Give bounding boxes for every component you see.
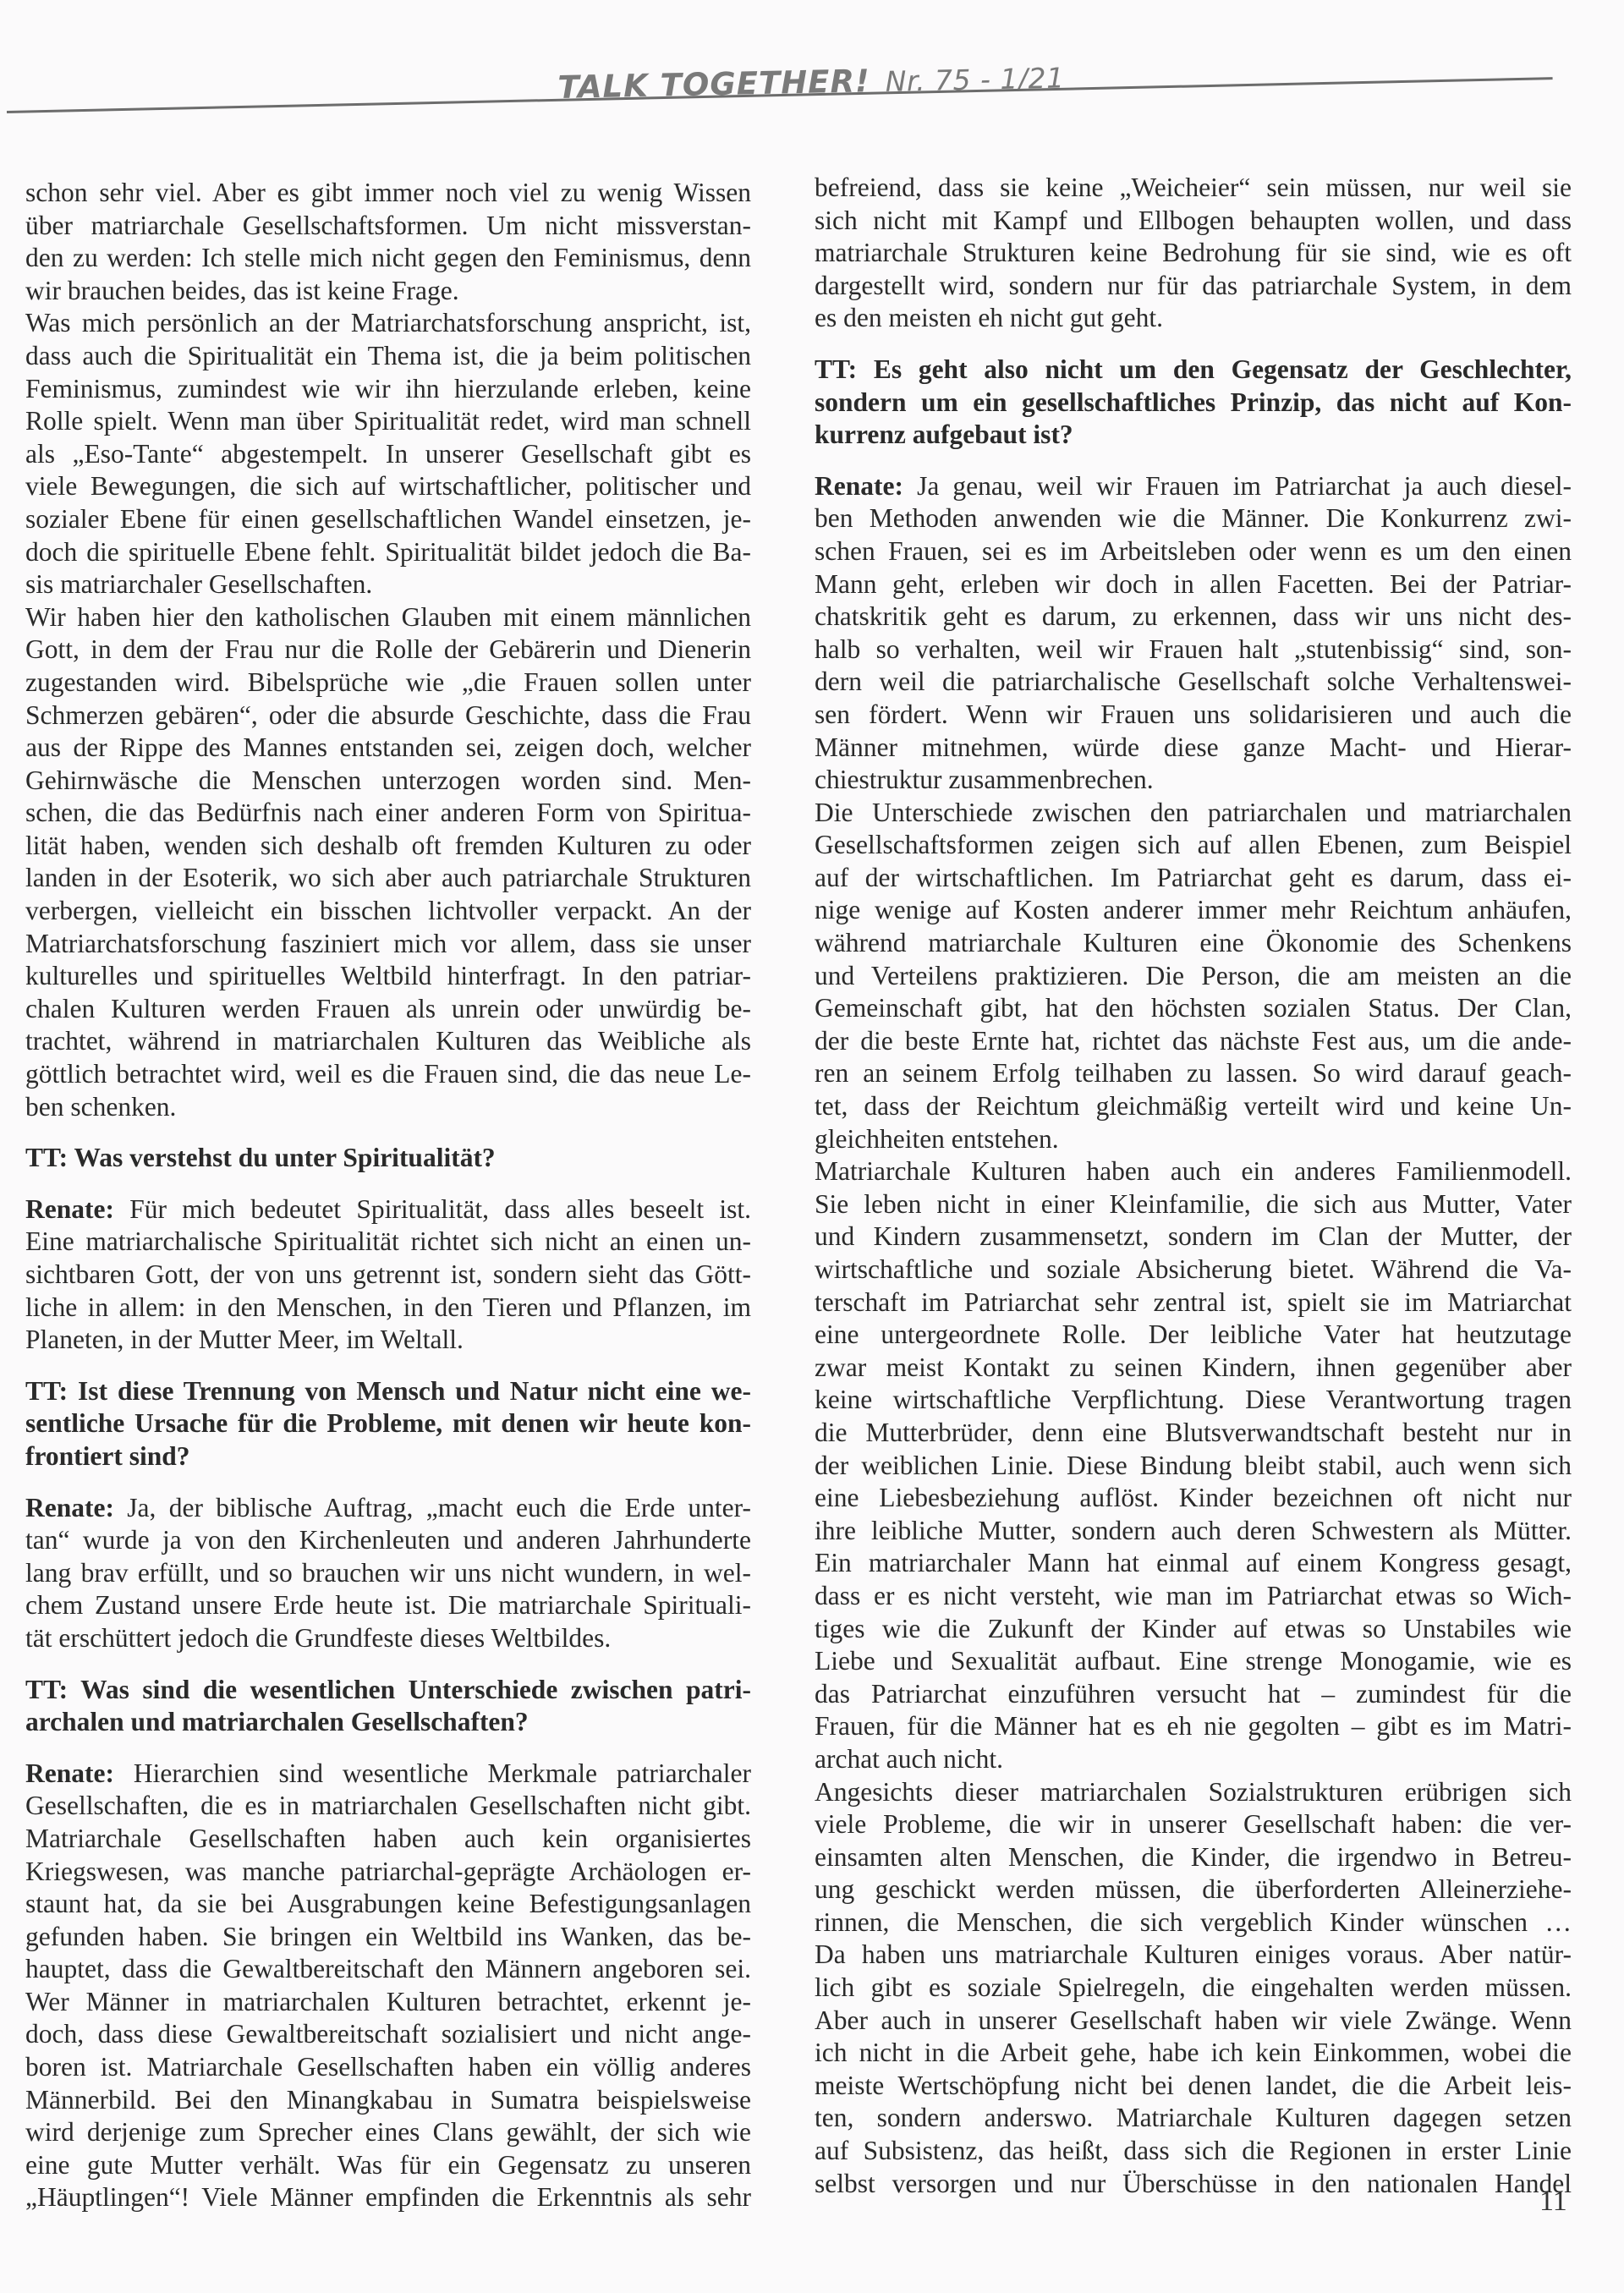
- text-line: matriarchale Strukturen keine Bedrohung …: [815, 237, 1572, 270]
- text-line: keine wirtschaftliche Verpflichtung. Die…: [815, 1384, 1572, 1417]
- text-line: dern weil die patriarchalische Gesellsch…: [815, 666, 1572, 699]
- text-line: Wir haben hier den katholischen Glauben …: [25, 601, 751, 634]
- text-line: Männer mitnehmen, würde diese ganze Mach…: [815, 732, 1572, 765]
- left-column: schon sehr viel. Aber es gibt immer noch…: [25, 177, 751, 2214]
- text-line: ung geschickt werden müssen, die überfor…: [815, 1873, 1572, 1906]
- text-line: auf der wirtschaftlichen. Im Patriarchat…: [815, 862, 1572, 895]
- text-line: chatskritik geht es darum, zu erkennen, …: [815, 601, 1572, 634]
- interview-question: TT: Was verstehst du unter Spiritualität…: [25, 1142, 751, 1175]
- text-line: Schmerzen gebären“, oder die absurde Ges…: [25, 699, 751, 732]
- text-line: sichtbaren Gott, der von uns getrennt is…: [25, 1259, 751, 1292]
- paragraph-gap: [25, 1655, 751, 1674]
- text-line: ich nicht in die Arbeit gehe, habe ich k…: [815, 2037, 1572, 2070]
- text-line: sis matriarchaler Gesellschaften.: [25, 568, 751, 601]
- text-line: Angesichts dieser matriarchalen Sozialst…: [815, 1776, 1572, 1809]
- text-line: kulturelles und spirituelles Weltbild hi…: [25, 960, 751, 993]
- text-line: Aber auch in unserer Gesellschaft haben …: [815, 2005, 1572, 2038]
- interview-answer: Renate: Für mich bedeutet Spiritualität,…: [25, 1193, 751, 1357]
- text-line: eine gute Mutter verhält. Was für ein Ge…: [25, 2149, 751, 2182]
- text-line: über matriarchale Gesellschaftsformen. U…: [25, 210, 751, 243]
- text-line: sen fördert. Wenn wir Frauen uns solidar…: [815, 699, 1572, 732]
- text-line: die Mutterbrüder, denn eine Blutsverwand…: [815, 1417, 1572, 1450]
- text-line: zugestanden wird. Bibelsprüche wie „die …: [25, 667, 751, 699]
- text-line: chem Zustand unsere Erde heute ist. Die …: [25, 1589, 751, 1622]
- text-line: Gemeinschaft gibt, hat den höchsten sozi…: [815, 992, 1572, 1025]
- text-line: terschaft im Patriarchat sehr zentral is…: [815, 1286, 1572, 1319]
- text-line: tet, dass der Reichtum gleichmäßig verte…: [815, 1090, 1572, 1123]
- speaker-label: Renate:: [25, 1194, 129, 1224]
- right-column: befreiend, dass sie keine „Weicheier“ se…: [815, 172, 1572, 2200]
- text-line: TT: Ist diese Trennung von Mensch und Na…: [25, 1375, 751, 1408]
- text-line: schon sehr viel. Aber es gibt immer noch…: [25, 177, 751, 210]
- text-line: chalen Kulturen werden Frauen als unrein…: [25, 993, 751, 1026]
- text-line: Renate: Für mich bedeutet Spiritualität,…: [25, 1193, 751, 1226]
- text-line: Planeten, in der Mutter Meer, im Weltall…: [25, 1324, 751, 1357]
- text-line: tiges wie die Zukunft der Kinder auf etw…: [815, 1613, 1572, 1646]
- text-line: Kriegswesen, was manche patriarchal-gepr…: [25, 1856, 751, 1889]
- text-line: lich gibt es soziale Spielregeln, die ei…: [815, 1972, 1572, 2005]
- body-paragraph: Angesichts dieser matriarchalen Sozialst…: [815, 1776, 1572, 2201]
- body-paragraph: Die Unterschiede zwischen den patriarcha…: [815, 797, 1572, 1156]
- interview-answer: Renate: Ja genau, weil wir Frauen im Pat…: [815, 470, 1572, 797]
- interview-question: TT: Es geht also nicht um den Gegensatz …: [815, 354, 1572, 452]
- text-line: viele Bewegungen, die sich auf wirtschaf…: [25, 470, 751, 503]
- text-line: sentliche Ursache für die Probleme, mit …: [25, 1407, 751, 1440]
- text-line: ihre leibliche Mutter, sondern auch dere…: [815, 1515, 1572, 1548]
- text-line: ben schenken.: [25, 1091, 751, 1124]
- text-line: eine untergeordnete Rolle. Der leibliche…: [815, 1319, 1572, 1352]
- text-line: göttlich betrachtet wird, weil es die Fr…: [25, 1058, 751, 1091]
- text-line: „Häuptlingen“! Viele Männer empfinden di…: [25, 2181, 751, 2214]
- speaker-label: Renate:: [25, 1758, 134, 1788]
- text-line: hauptet, dass die Gewaltbereitschaft den…: [25, 1953, 751, 1986]
- text-line: dass er es nicht versteht, wie man im Pa…: [815, 1580, 1572, 1613]
- text-line: Renate: Ja genau, weil wir Frauen im Pat…: [815, 470, 1572, 503]
- text-line: schen Frauen, sei es im Arbeitsleben ode…: [815, 535, 1572, 568]
- text-line: und Verteilens praktizieren. Die Person,…: [815, 960, 1572, 993]
- text-line: Liebe und Sexualität aufbaut. Eine stren…: [815, 1645, 1572, 1678]
- text-line: landen in der Esoterik, wo sich aber auc…: [25, 862, 751, 895]
- text-line: gefunden haben. Sie bringen ein Weltbild…: [25, 1921, 751, 1954]
- text-line: es den meisten eh nicht gut geht.: [815, 302, 1572, 335]
- text-line: Matriarchale Gesellschaften haben auch k…: [25, 1823, 751, 1856]
- body-paragraph: schon sehr viel. Aber es gibt immer noch…: [25, 177, 751, 307]
- text-line: ren an seinem Erfolg teilhaben zu lassen…: [815, 1057, 1572, 1090]
- text-line: Die Unterschiede zwischen den patriarcha…: [815, 797, 1572, 830]
- text-line: ten, sondern anderswo. Matriarchale Kult…: [815, 2102, 1572, 2135]
- text-line: TT: Was verstehst du unter Spiritualität…: [25, 1142, 751, 1175]
- text-line: doch, dass diese Gewaltbereitschaft sozi…: [25, 2018, 751, 2051]
- body-paragraph: Wir haben hier den katholischen Glauben …: [25, 601, 751, 1124]
- text-line: befreiend, dass sie keine „Weicheier“ se…: [815, 172, 1572, 205]
- text-line: meiste Wertschöpfung nicht bei denen lan…: [815, 2070, 1572, 2103]
- text-line: Ein matriarchaler Mann hat einmal auf ei…: [815, 1547, 1572, 1580]
- body-paragraph: Was mich persönlich an der Matriarchatsf…: [25, 307, 751, 601]
- text-line: archalen und matriarchalen Gesellschafte…: [25, 1706, 751, 1739]
- text-line: Renate: Ja, der biblische Auftrag, „mach…: [25, 1492, 751, 1525]
- text-line: wir brauchen beides, das ist keine Frage…: [25, 275, 751, 308]
- paragraph-gap: [25, 1175, 751, 1193]
- speaker-label: Renate:: [815, 471, 917, 501]
- text-line: trachtet, während in matriarchalen Kultu…: [25, 1025, 751, 1058]
- text-line: Sie leben nicht in einer Kleinfamilie, d…: [815, 1188, 1572, 1221]
- text-line: Mann geht, erleben wir doch in allen Fac…: [815, 568, 1572, 601]
- text-line: tät erschüttert jedoch die Grundfeste di…: [25, 1622, 751, 1655]
- text-line: und Kindern zusammensetzt, sondern im Cl…: [815, 1221, 1572, 1253]
- text-line: der die beste Ernte hat, richtet das näc…: [815, 1025, 1572, 1058]
- text-line: liche in allem: in den Menschen, in den …: [25, 1292, 751, 1325]
- text-line: Gesellschaften, die es in matriarchalen …: [25, 1790, 751, 1823]
- paragraph-gap: [815, 335, 1572, 354]
- speaker-label: Renate:: [25, 1493, 127, 1522]
- text-line: Wer Männer in matriarchalen Kulturen bet…: [25, 1986, 751, 2019]
- text-line: dargestellt wird, sondern nur für das pa…: [815, 270, 1572, 303]
- interview-question: TT: Ist diese Trennung von Mensch und Na…: [25, 1375, 751, 1473]
- text-line: TT: Was sind die wesentlichen Unterschie…: [25, 1674, 751, 1707]
- text-line: Da haben uns matriarchale Kulturen einig…: [815, 1939, 1572, 1972]
- text-line: schen, die das Bedürfnis nach einer ande…: [25, 797, 751, 830]
- text-line: TT: Es geht also nicht um den Gegensatz …: [815, 354, 1572, 387]
- text-line: gleichheiten entstehen.: [815, 1123, 1572, 1156]
- text-line: Gesellschaftsformen zeigen sich auf alle…: [815, 829, 1572, 862]
- text-line: halb so verhalten, weil wir Frauen halt …: [815, 634, 1572, 667]
- text-line: aus der Rippe des Mannes entstanden sei,…: [25, 732, 751, 765]
- text-line: Matriarchatsforschung fasziniert mich vo…: [25, 928, 751, 961]
- magazine-page: TALK TOGETHER!Nr. 75 - 1/21 schon sehr v…: [0, 0, 1624, 2293]
- text-line: das Patriarchat einzuführen versucht hat…: [815, 1678, 1572, 1711]
- text-line: Renate: Hierarchien sind wesentliche Mer…: [25, 1758, 751, 1791]
- paragraph-gap: [25, 1739, 751, 1758]
- text-line: Was mich persönlich an der Matriarchatsf…: [25, 307, 751, 340]
- text-line: der weiblichen Linie. Diese Bindung blei…: [815, 1450, 1572, 1483]
- text-line: Männerbild. Bei den Minangkabau in Sumat…: [25, 2084, 751, 2117]
- interview-question: TT: Was sind die wesentlichen Unterschie…: [25, 1674, 751, 1739]
- text-line: tan“ wurde ja von den Kirchenleuten und …: [25, 1524, 751, 1557]
- text-line: chiestruktur zusammenbrechen.: [815, 764, 1572, 797]
- text-line: auf Subsistenz, das heißt, dass sich die…: [815, 2135, 1572, 2168]
- text-line: Frauen, für die Männer hat es eh nie geg…: [815, 1710, 1572, 1743]
- text-line: sondern um ein gesellschaftliches Prinzi…: [815, 387, 1572, 420]
- text-line: Feminismus, zumindest wie wir ihn hierzu…: [25, 373, 751, 406]
- text-line: den zu werden: Ich stelle mich nicht geg…: [25, 242, 751, 275]
- text-line: einsamten alten Menschen, die Kinder, di…: [815, 1841, 1572, 1874]
- text-line: rinnen, die Menschen, die sich vergeblic…: [815, 1906, 1572, 1939]
- text-line: staunt hat, da sie bei Ausgrabungen kein…: [25, 1888, 751, 1921]
- text-line: Gott, in dem der Frau nur die Rolle der …: [25, 634, 751, 667]
- text-line: lang brav erfüllt, und so brauchen wir u…: [25, 1557, 751, 1590]
- interview-answer: Renate: Hierarchien sind wesentliche Mer…: [25, 1758, 751, 2214]
- text-line: kurrenz aufgebaut ist?: [815, 419, 1572, 452]
- text-line: verbergen, vielleicht ein bisschen licht…: [25, 895, 751, 928]
- text-line: während matriarchale Kulturen eine Ökono…: [815, 927, 1572, 960]
- text-line: Eine matriarchalische Spiritualität rich…: [25, 1226, 751, 1259]
- body-paragraph: befreiend, dass sie keine „Weicheier“ se…: [815, 172, 1572, 335]
- text-line: zwar meist Kontakt zu seinen Kindern, ih…: [815, 1352, 1572, 1385]
- text-line: ben Methoden anwenden wie die Männer. Di…: [815, 502, 1572, 535]
- text-line: Gehirnwäsche die Menschen unterzogen wor…: [25, 765, 751, 798]
- text-line: doch die spirituelle Ebene fehlt. Spirit…: [25, 536, 751, 569]
- text-line: frontiert sind?: [25, 1440, 751, 1473]
- text-line: viele Probleme, die wir in unserer Gesel…: [815, 1808, 1572, 1841]
- paragraph-gap: [815, 452, 1572, 470]
- text-line: archat auch nicht.: [815, 1743, 1572, 1776]
- page-number: 11: [1539, 2186, 1567, 2218]
- text-line: wirtschaftliche und soziale Absicherung …: [815, 1253, 1572, 1286]
- text-line: dass auch die Spiritualität ein Thema is…: [25, 340, 751, 373]
- text-line: boren ist. Matriarchale Gesellschaften h…: [25, 2051, 751, 2084]
- text-line: selbst versorgen und nur Überschüsse in …: [815, 2168, 1572, 2201]
- paragraph-gap: [25, 1473, 751, 1492]
- text-line: eine Liebesbeziehung auflöst. Kinder bez…: [815, 1482, 1572, 1515]
- paragraph-gap: [25, 1123, 751, 1142]
- paragraph-gap: [25, 1357, 751, 1375]
- body-paragraph: Matriarchale Kulturen haben auch ein and…: [815, 1155, 1572, 1775]
- text-line: lität haben, wenden sich deshalb oft fre…: [25, 830, 751, 863]
- text-line: wird derjenige zum Sprecher eines Clans …: [25, 2116, 751, 2149]
- text-line: Matriarchale Kulturen haben auch ein and…: [815, 1155, 1572, 1188]
- text-line: sich nicht mit Kampf und Ellbogen behaup…: [815, 205, 1572, 238]
- text-line: Rolle spielt. Wenn man über Spiritualitä…: [25, 405, 751, 438]
- interview-answer: Renate: Ja, der biblische Auftrag, „mach…: [25, 1492, 751, 1655]
- text-line: nige wenige auf Kosten anderer immer meh…: [815, 894, 1572, 927]
- text-line: als „Eso-Tante“ abgestempelt. In unserer…: [25, 438, 751, 471]
- text-line: sozialer Ebene für einen gesellschaftlic…: [25, 503, 751, 536]
